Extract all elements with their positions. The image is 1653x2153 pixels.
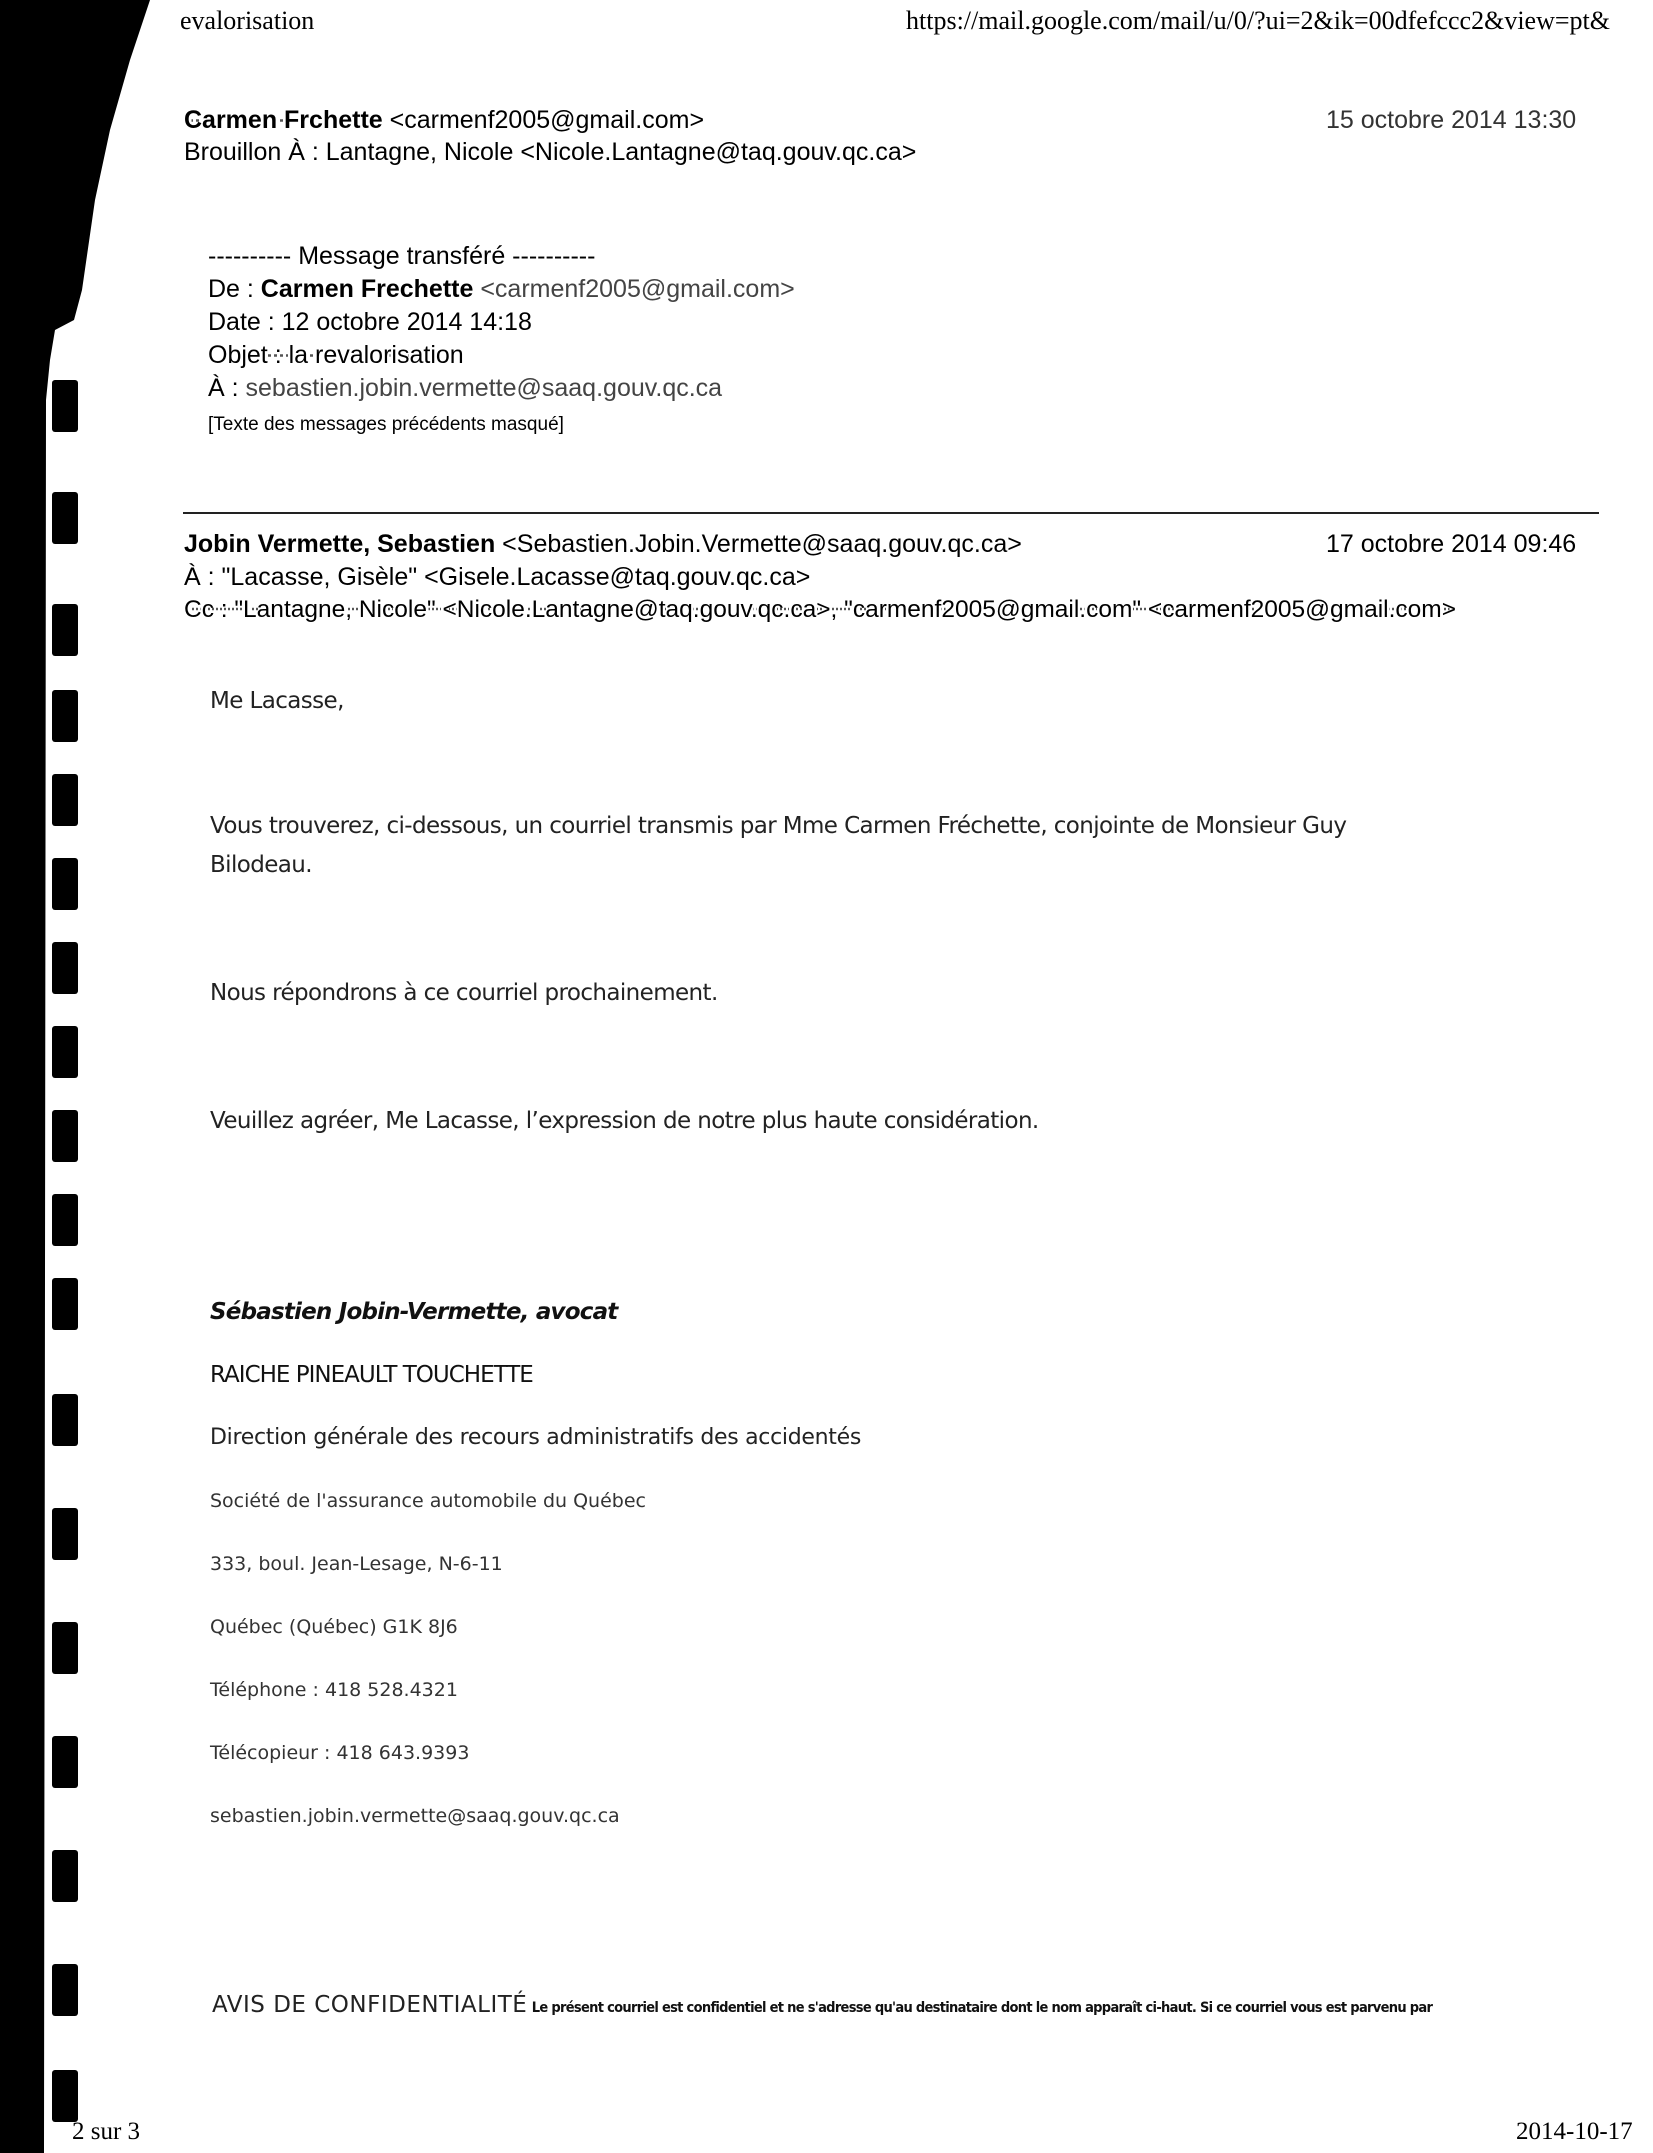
signature-city: Québec (Québec) G1K 8J6 [210,1616,458,1638]
signature-fax: Télécopieur : 418 643.9393 [210,1742,469,1764]
message-divider [183,512,1599,514]
draft-sender: Carmen Frchette <carmenf2005@gmail.com> [184,106,704,135]
punch-hole [52,604,78,656]
signature-phone: Téléphone : 418 528.4321 [210,1679,458,1701]
punch-hole [52,858,78,910]
punch-hole [52,1736,78,1788]
body-paragraph-1-line-1: Vous trouverez, ci-dessous, un courriel … [210,813,1346,839]
body-paragraph-2: Nous répondrons à ce courriel prochainem… [210,980,718,1006]
forwarded-from-email: <carmenf2005@gmail.com> [473,275,794,303]
forwarded-date: Date : 12 octobre 2014 14:18 [208,308,532,337]
signature-name: Sébastien Jobin-Vermette, avocat [210,1299,617,1325]
confidentiality-notice: AVIS DE CONFIDENTIALITÉ Le présent courr… [212,1992,1432,2018]
punch-hole [52,1278,78,1330]
punch-hole [52,1622,78,1674]
draft-sender-email: <carmenf2005@gmail.com> [390,106,704,134]
punch-hole [52,2070,78,2122]
show-quoted-text-link[interactable]: [Texte des messages précédents masqué] [208,414,564,436]
punch-hole [52,690,78,742]
forwarded-from-name: Carmen Frechette [261,275,474,303]
print-footer-date: 2014-10-17 [1516,2118,1633,2146]
forwarded-separator: ---------- Message transféré ---------- [208,242,595,271]
punch-hole [52,942,78,994]
body-closing: Veuillez agréer, Me Lacasse, l’expressio… [210,1108,1039,1134]
body-salutation: Me Lacasse, [210,688,344,714]
confidentiality-text: Le présent courriel est confidentiel et … [532,2000,1432,2016]
message-to-line: À : "Lacasse, Gisèle" <Gisele.Lacasse@ta… [184,563,810,592]
signature-email[interactable]: sebastien.jobin.vermette@saaq.gouv.qc.ca [210,1805,620,1827]
punch-hole [52,1394,78,1446]
draft-sender-name: Carmen Frchette [184,106,383,134]
forwarded-to: À : sebastien.jobin.vermette@saaq.gouv.q… [208,374,722,403]
punch-hole [52,774,78,826]
signature-address: 333, boul. Jean-Lesage, N-6-11 [210,1553,503,1575]
print-header-title: evalorisation [180,6,314,36]
message-sender-email: <Sebastien.Jobin.Vermette@saaq.gouv.qc.c… [495,530,1022,558]
draft-date: 15 octobre 2014 13:30 [1326,106,1576,135]
punch-hole [52,1026,78,1078]
scan-edge-artifact [0,0,240,2153]
punch-hole [52,1194,78,1246]
punch-hole [52,1110,78,1162]
forwarded-from: De : Carmen Frechette <carmenf2005@gmail… [208,275,795,304]
forwarded-from-label: De : [208,275,261,303]
punch-hole [52,1508,78,1560]
forwarded-to-label: À : [208,374,246,402]
punch-hole [52,1964,78,2016]
print-footer-page: 2 sur 3 [72,2118,140,2146]
punch-hole [52,1850,78,1902]
message-cc-line: Cc : "Lantagne, Nicole" <Nicole.Lantagne… [184,596,1456,624]
message-sender-name: Jobin Vermette, Sebastien [184,530,495,558]
body-paragraph-1-line-2: Bilodeau. [210,852,312,878]
confidentiality-title: AVIS DE CONFIDENTIALITÉ [212,1992,527,2018]
forwarded-to-email: sebastien.jobin.vermette@saaq.gouv.qc.ca [246,374,723,402]
draft-to-line: Brouillon À : Lantagne, Nicole <Nicole.L… [184,138,916,167]
punch-hole [52,380,78,432]
message-sender: Jobin Vermette, Sebastien <Sebastien.Job… [184,530,1022,559]
punch-hole [52,492,78,544]
signature-firm: RAICHE PINEAULT TOUCHETTE [210,1362,533,1388]
signature-direction: Direction générale des recours administr… [210,1425,861,1450]
message-date: 17 octobre 2014 09:46 [1326,530,1576,559]
print-header-url[interactable]: https://mail.google.com/mail/u/0/?ui=2&i… [906,6,1610,36]
forwarded-subject: Objet : la revalorisation [208,341,464,370]
signature-organization: Société de l'assurance automobile du Qué… [210,1490,646,1512]
